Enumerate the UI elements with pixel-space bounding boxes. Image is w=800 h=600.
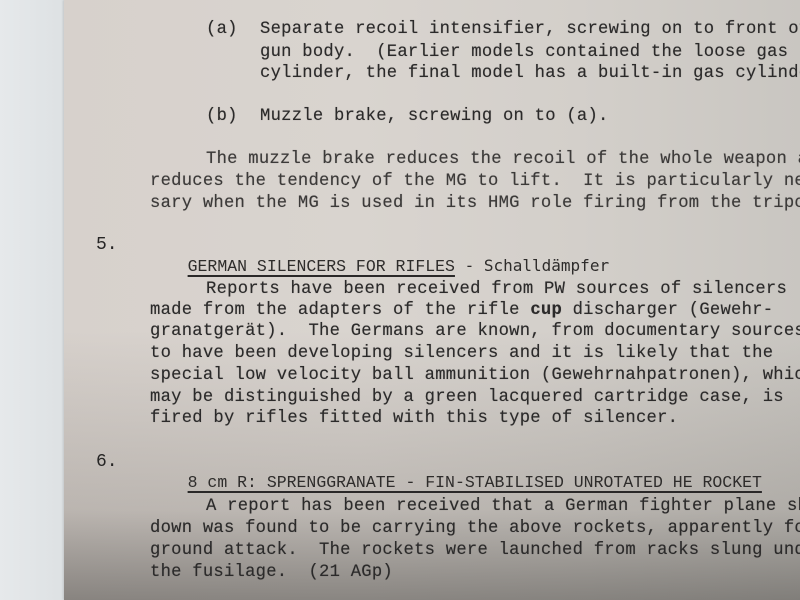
section-6-paragraph-line-4: the fusilage. (21 AGp) [150, 563, 393, 583]
section-5-line-2-start: made from the adapters of the rifle [150, 301, 530, 320]
section-6-number: 6. [96, 452, 118, 472]
section-5-paragraph-line-2: made from the adapters of the rifle cup … [150, 301, 773, 321]
section-5-number: 5. [96, 235, 118, 255]
section-6-title: 8 cm R: SPRENGGRANATE - FIN-STABILISED U… [188, 473, 762, 492]
muzzle-paragraph-line-1: The muzzle brake reduces the recoil of t… [206, 150, 800, 170]
section-5-title-german: - Schalldämpfer [455, 256, 609, 275]
section-5-paragraph-line-7: fired by rifles fitted with this type of… [150, 409, 678, 429]
section-5-paragraph-line-4: to have been developing silencers and it… [150, 344, 773, 364]
section-6-paragraph-line-3: ground attack. The rockets were launched… [150, 541, 800, 561]
section-5-paragraph-line-6: may be distinguished by a green lacquere… [150, 388, 784, 408]
muzzle-paragraph-line-3: sary when the MG is used in its HMG role… [150, 194, 800, 214]
list-item-a-label: (a) [206, 20, 238, 40]
section-5-title: GERMAN SILENCERS FOR RIFLES [188, 257, 455, 276]
section-5-line-2-end: discharger (Gewehr- [562, 301, 773, 320]
list-item-b-line-1: Muzzle brake, screwing on to (a). [260, 107, 609, 127]
background-surface [0, 0, 66, 600]
list-item-b-label: (b) [206, 107, 238, 127]
section-6-paragraph-line-2: down was found to be carrying the above … [150, 519, 800, 539]
typewritten-document-page: (a) Separate recoil intensifier, screwin… [64, 0, 800, 600]
list-item-a-line-3: cylinder, the final model has a built-in… [260, 64, 800, 84]
section-6-paragraph-line-1: A report has been received that a German… [206, 497, 800, 517]
list-item-a-line-1: Separate recoil intensifier, screwing on… [260, 20, 800, 40]
section-5-paragraph-line-3: granatgerät). The Germans are known, fro… [150, 322, 800, 342]
section-5-emphasis-word: cup [530, 301, 562, 320]
list-item-a-line-2: gun body. (Earlier models contained the … [260, 43, 788, 63]
section-5-paragraph-line-5: special low velocity ball ammunition (Ge… [150, 366, 800, 386]
muzzle-paragraph-line-2: reduces the tendency of the MG to lift. … [150, 172, 800, 192]
section-5-paragraph-line-1: Reports have been received from PW sourc… [206, 280, 787, 300]
